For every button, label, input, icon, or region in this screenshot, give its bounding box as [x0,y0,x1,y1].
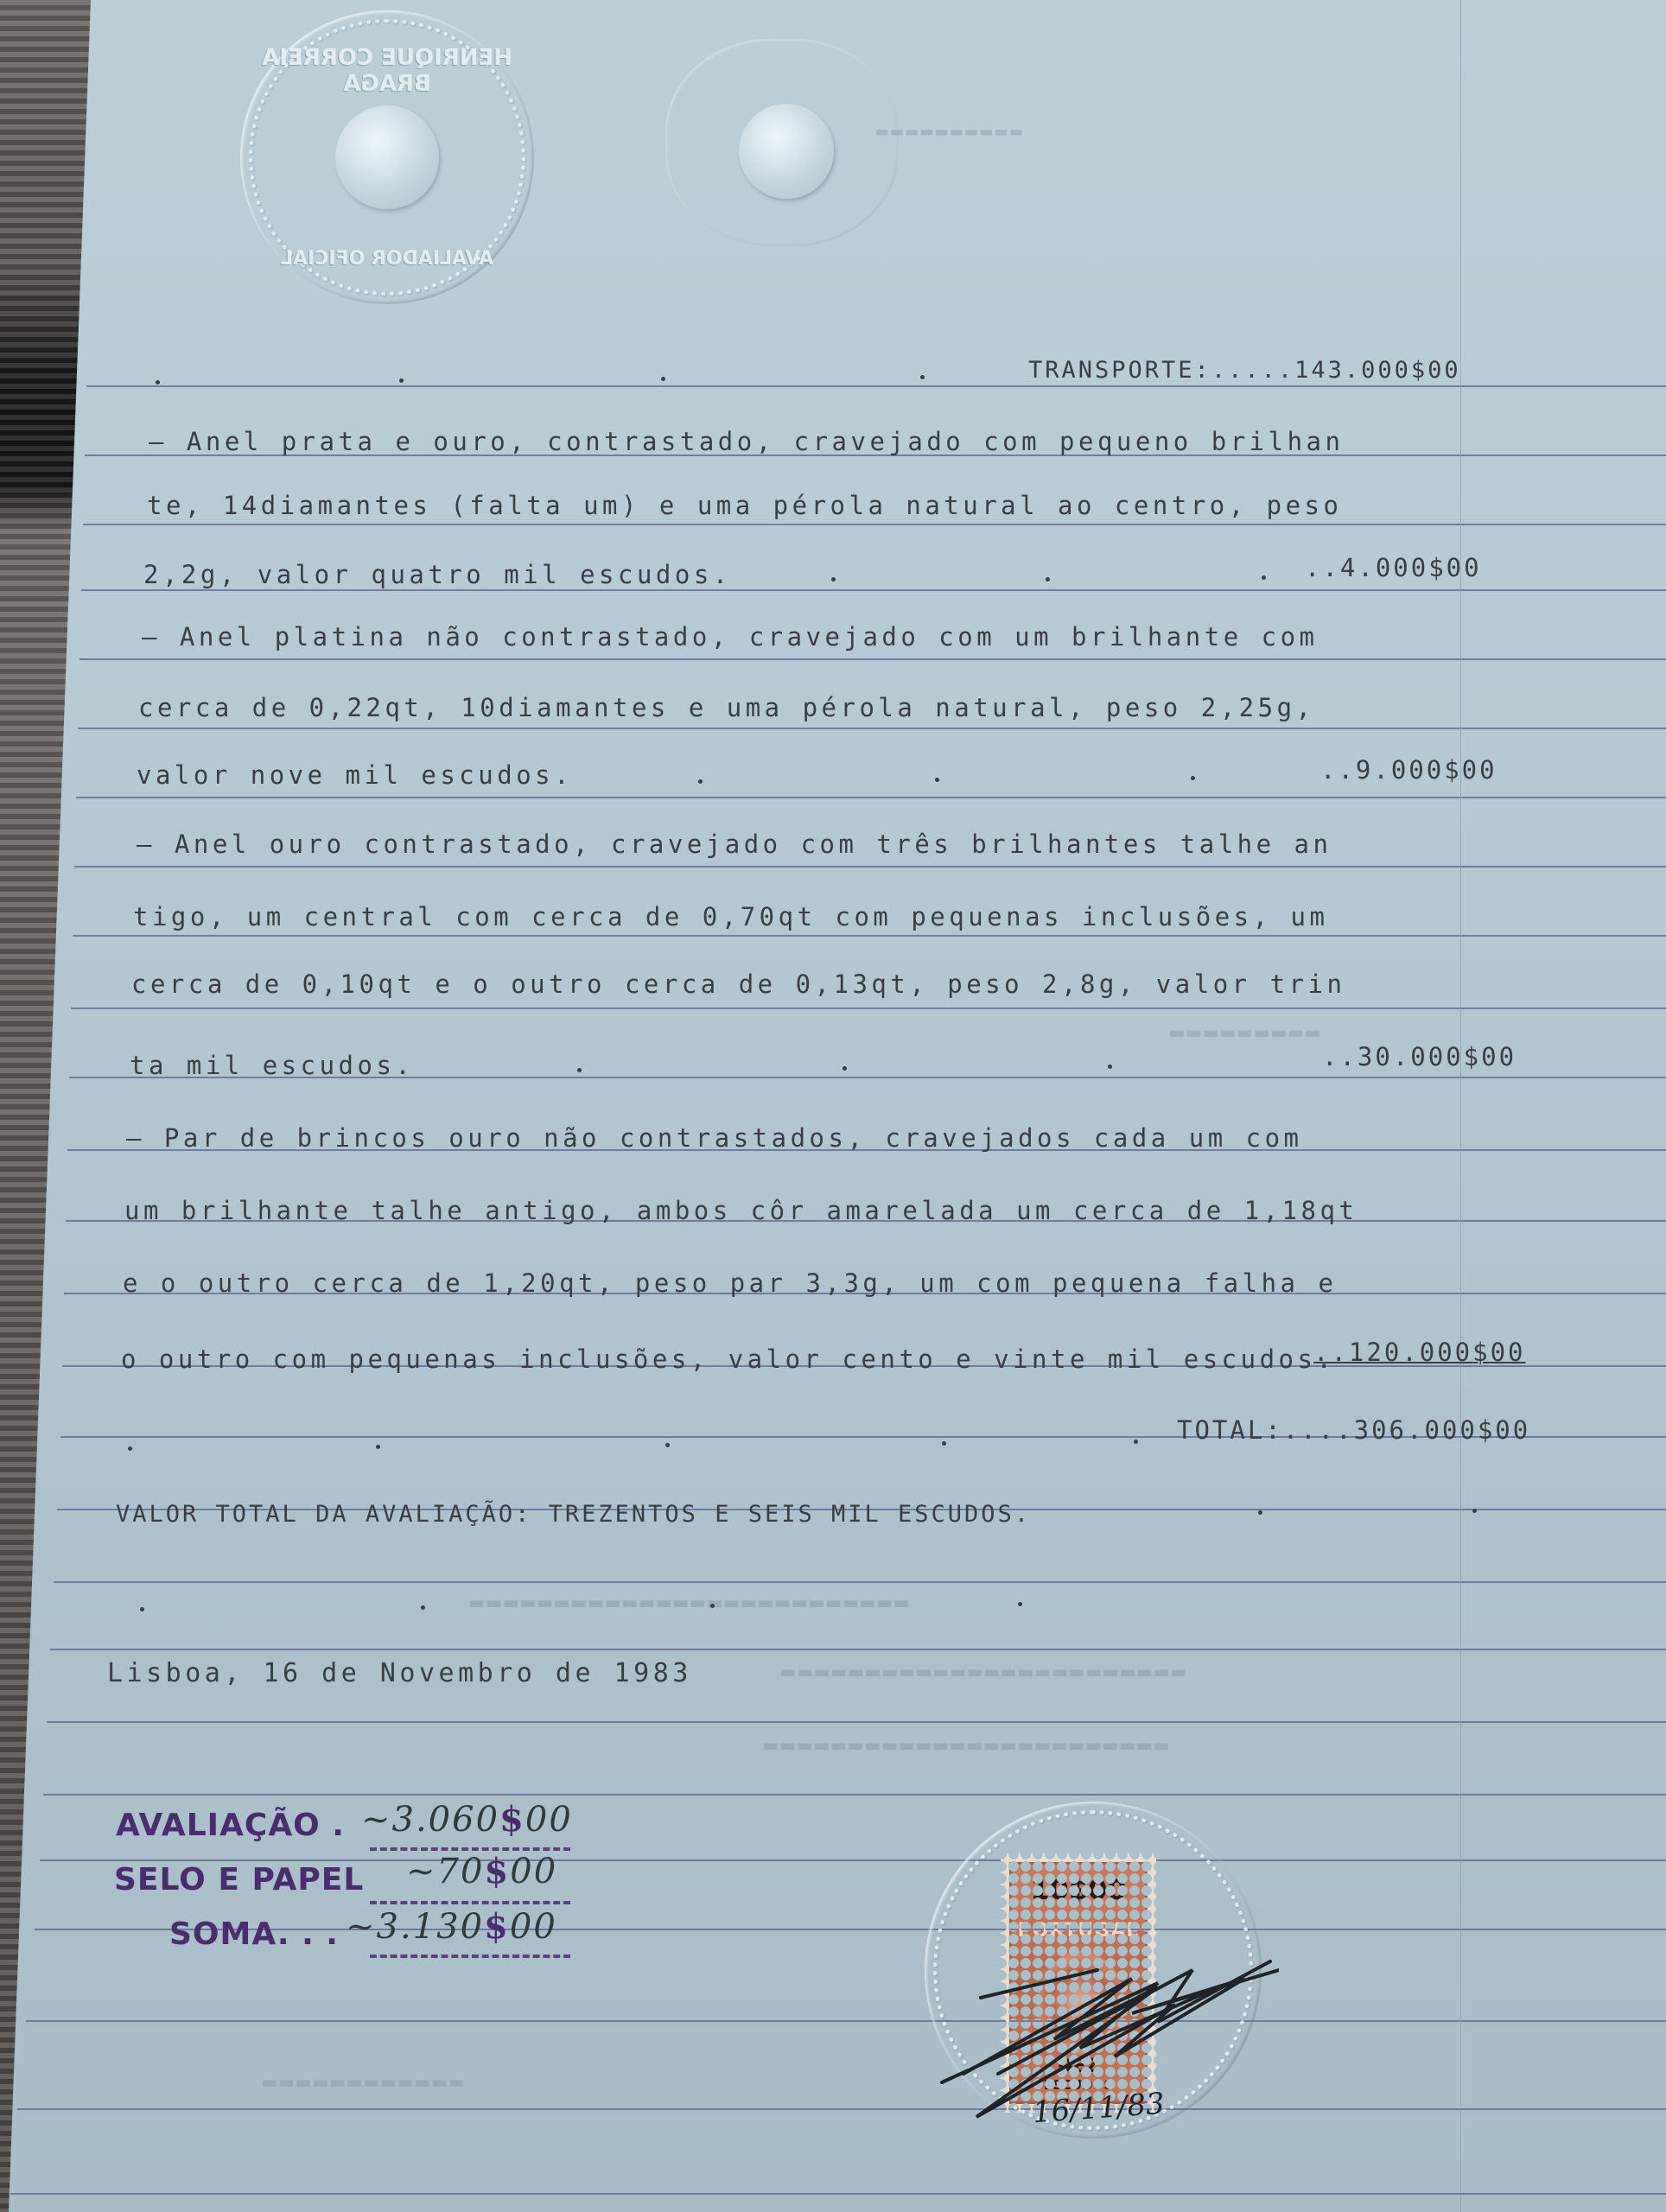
item-3-line-1: — Anel ouro contrastado, cravejado com t… [137,829,1332,859]
leader-dot [1134,1440,1138,1444]
bleed-through-text: ▬▬▬▬▬▬▬▬▬ [1167,1020,1319,1046]
item-4-line-4: o outro com pequenas inclusões, valor ce… [121,1344,1335,1374]
fee-value-selo-papel: ~70$00 [406,1851,557,1891]
bleed-through-text: ▬▬▬▬▬▬▬▬▬▬▬▬▬▬▬▬▬▬▬▬▬▬▬▬ [778,1659,1186,1685]
seal-text: HENRIQUE CORREIA BRAGA AVALIADOR OFICIAL [240,10,534,304]
total-line: TOTAL:....306.000$00 [1177,1415,1530,1445]
leader-dot [128,1446,132,1451]
leader-dot [661,377,665,381]
leader-dot [1191,776,1195,780]
ruled-line [40,1859,1666,1861]
fee-value-avaliacao: ~3.060$00 [361,1799,573,1840]
ruled-line [79,658,1666,660]
item-1-line-2: te, 14diamantes (falta um) e uma pérola … [147,491,1342,520]
bleed-through-text: ▬▬▬▬▬▬▬▬▬▬▬▬▬▬▬▬▬▬▬▬▬▬▬▬▬▬ [467,1590,908,1616]
total-amount: 306.000$00 [1354,1415,1531,1445]
leader-dot [1472,1509,1477,1513]
ruled-line [74,866,1666,868]
ruled-line [50,1649,1666,1650]
item-1-amount: ..4.000$00 [1305,553,1482,582]
dollar-sign: $ [499,1799,525,1840]
ruled-line [54,1581,1666,1583]
carried-forward-amount: 143.000$00 [1294,357,1461,384]
leader-dot [1018,1602,1022,1606]
leader-dot [376,1445,380,1449]
leader-dot [1262,575,1266,580]
leader-dot [710,1604,715,1608]
bleed-through-text: ▬▬▬▬▬▬▬▬▬▬▬▬▬▬▬▬▬▬▬▬▬▬▬▬ [760,1732,1168,1758]
ruled-line [17,2108,1666,2110]
leader-dots: .... [1283,1415,1354,1445]
margin-line [1460,0,1461,2212]
carried-forward-label: TRANSPORTE: [1028,357,1211,384]
item-1-line-1: — Anel prata e ouro, contrastado, cravej… [149,427,1344,456]
item-2-amount: ..9.000$00 [1320,755,1497,785]
leader-dot [942,1441,946,1446]
ruled-line [76,797,1666,798]
total-in-words: VALOR TOTAL DA AVALIAÇÃO: TREZENTOS E SE… [116,1500,1031,1529]
fee-value-soma: ~3.130$00 [346,1906,557,1947]
ruled-line [43,1794,1666,1796]
ruled-line [86,385,1666,387]
fee-cents: 00 [525,1800,573,1840]
dashed-underline [370,1901,570,1904]
fee-cents: 00 [510,1852,557,1891]
leader-dot [140,1607,144,1611]
embossed-seal-appraiser: HENRIQUE CORREIA BRAGA AVALIADOR OFICIAL [240,10,534,304]
embossed-seal-badge [665,39,899,246]
item-4-amount: ..120.000$00 [1313,1338,1526,1367]
total-label: TOTAL: [1177,1415,1283,1445]
item-3-line-2: tigo, um central com cerca de 0,70qt com… [133,902,1328,931]
leader-dot [156,380,160,385]
ruled-line [47,1721,1666,1723]
carried-forward-line: TRANSPORTE:.....143.000$00 [1028,356,1461,385]
ruled-line [10,2193,1666,2195]
fee-value: 3.060 [392,1800,500,1840]
dollar-sign: $ [484,1851,510,1891]
leader-dot [1258,1510,1262,1515]
leader-dots: ..... [1211,357,1294,384]
dollar-sign: $ [484,1906,510,1947]
leader-dot [920,375,925,379]
fee-label-selo-papel: SELO E PAPEL [114,1862,364,1897]
ruled-line [81,589,1666,591]
leader-dot [1046,577,1050,582]
item-3-line-4: ta mil escudos. [130,1051,414,1080]
item-4-line-3: e o outro cerca de 1,20qt, peso par 3,3g… [123,1268,1337,1298]
leader-dot [1108,1065,1112,1069]
leader-dot [421,1605,425,1610]
seal-top-text: HENRIQUE CORREIA BRAGA [240,45,534,97]
leader-dot [831,577,836,582]
ruled-line [26,2020,1666,2022]
ruled-line [78,728,1666,729]
fee-value: 3.130 [377,1907,485,1947]
item-3-line-3: cerca de 0,10qt e o outro cerca de 0,13q… [131,969,1345,999]
leader-dot [698,779,703,784]
item-2-line-2: cerca de 0,22qt, 10diamantes e uma pérol… [138,693,1315,722]
item-2-line-3: valor nove mil escudos. [137,760,573,790]
fee-cents: 00 [510,1907,557,1947]
leader-dot [577,1068,582,1072]
shield-icon [739,104,834,199]
item-3-amount: ..30.000$00 [1322,1042,1517,1071]
item-4-line-2: um brilhante talhe antigo, ambos côr ama… [124,1196,1358,1225]
item-1-line-3: 2,2g, valor quatro mil escudos. [143,560,732,589]
bleed-through-text: ▬▬▬▬▬▬▬▬▬▬▬▬ [259,2069,463,2095]
dashed-underline [370,1955,570,1958]
ruled-line [73,935,1666,937]
ruled-line [83,524,1666,525]
leader-dot [935,778,939,782]
item-4-line-1: — Par de brincos ouro não contrastados, … [126,1123,1303,1153]
item-2-line-1: — Anel platina não contrastado, cravejad… [142,622,1319,652]
fee-label-avaliacao: AVALIAÇÃO . [116,1808,345,1843]
leader-dot [399,378,404,383]
place-date: Lisboa, 16 de Novembro de 1983 [107,1659,692,1688]
fee-label-soma: SOMA. . . [169,1916,339,1952]
appraisal-paper: ▬▬▬▬▬▬▬▬▬▬ ▬▬▬▬▬▬▬▬▬ ▬▬▬▬▬▬▬▬▬▬▬▬▬▬▬▬▬▬▬… [0,0,1666,2212]
leader-dot [843,1066,847,1071]
ruled-line [71,1007,1666,1009]
fee-value: 70 [437,1852,485,1891]
seal-bottom-text: AVALIADOR OFICIAL [240,248,534,270]
leader-dot [665,1443,670,1447]
